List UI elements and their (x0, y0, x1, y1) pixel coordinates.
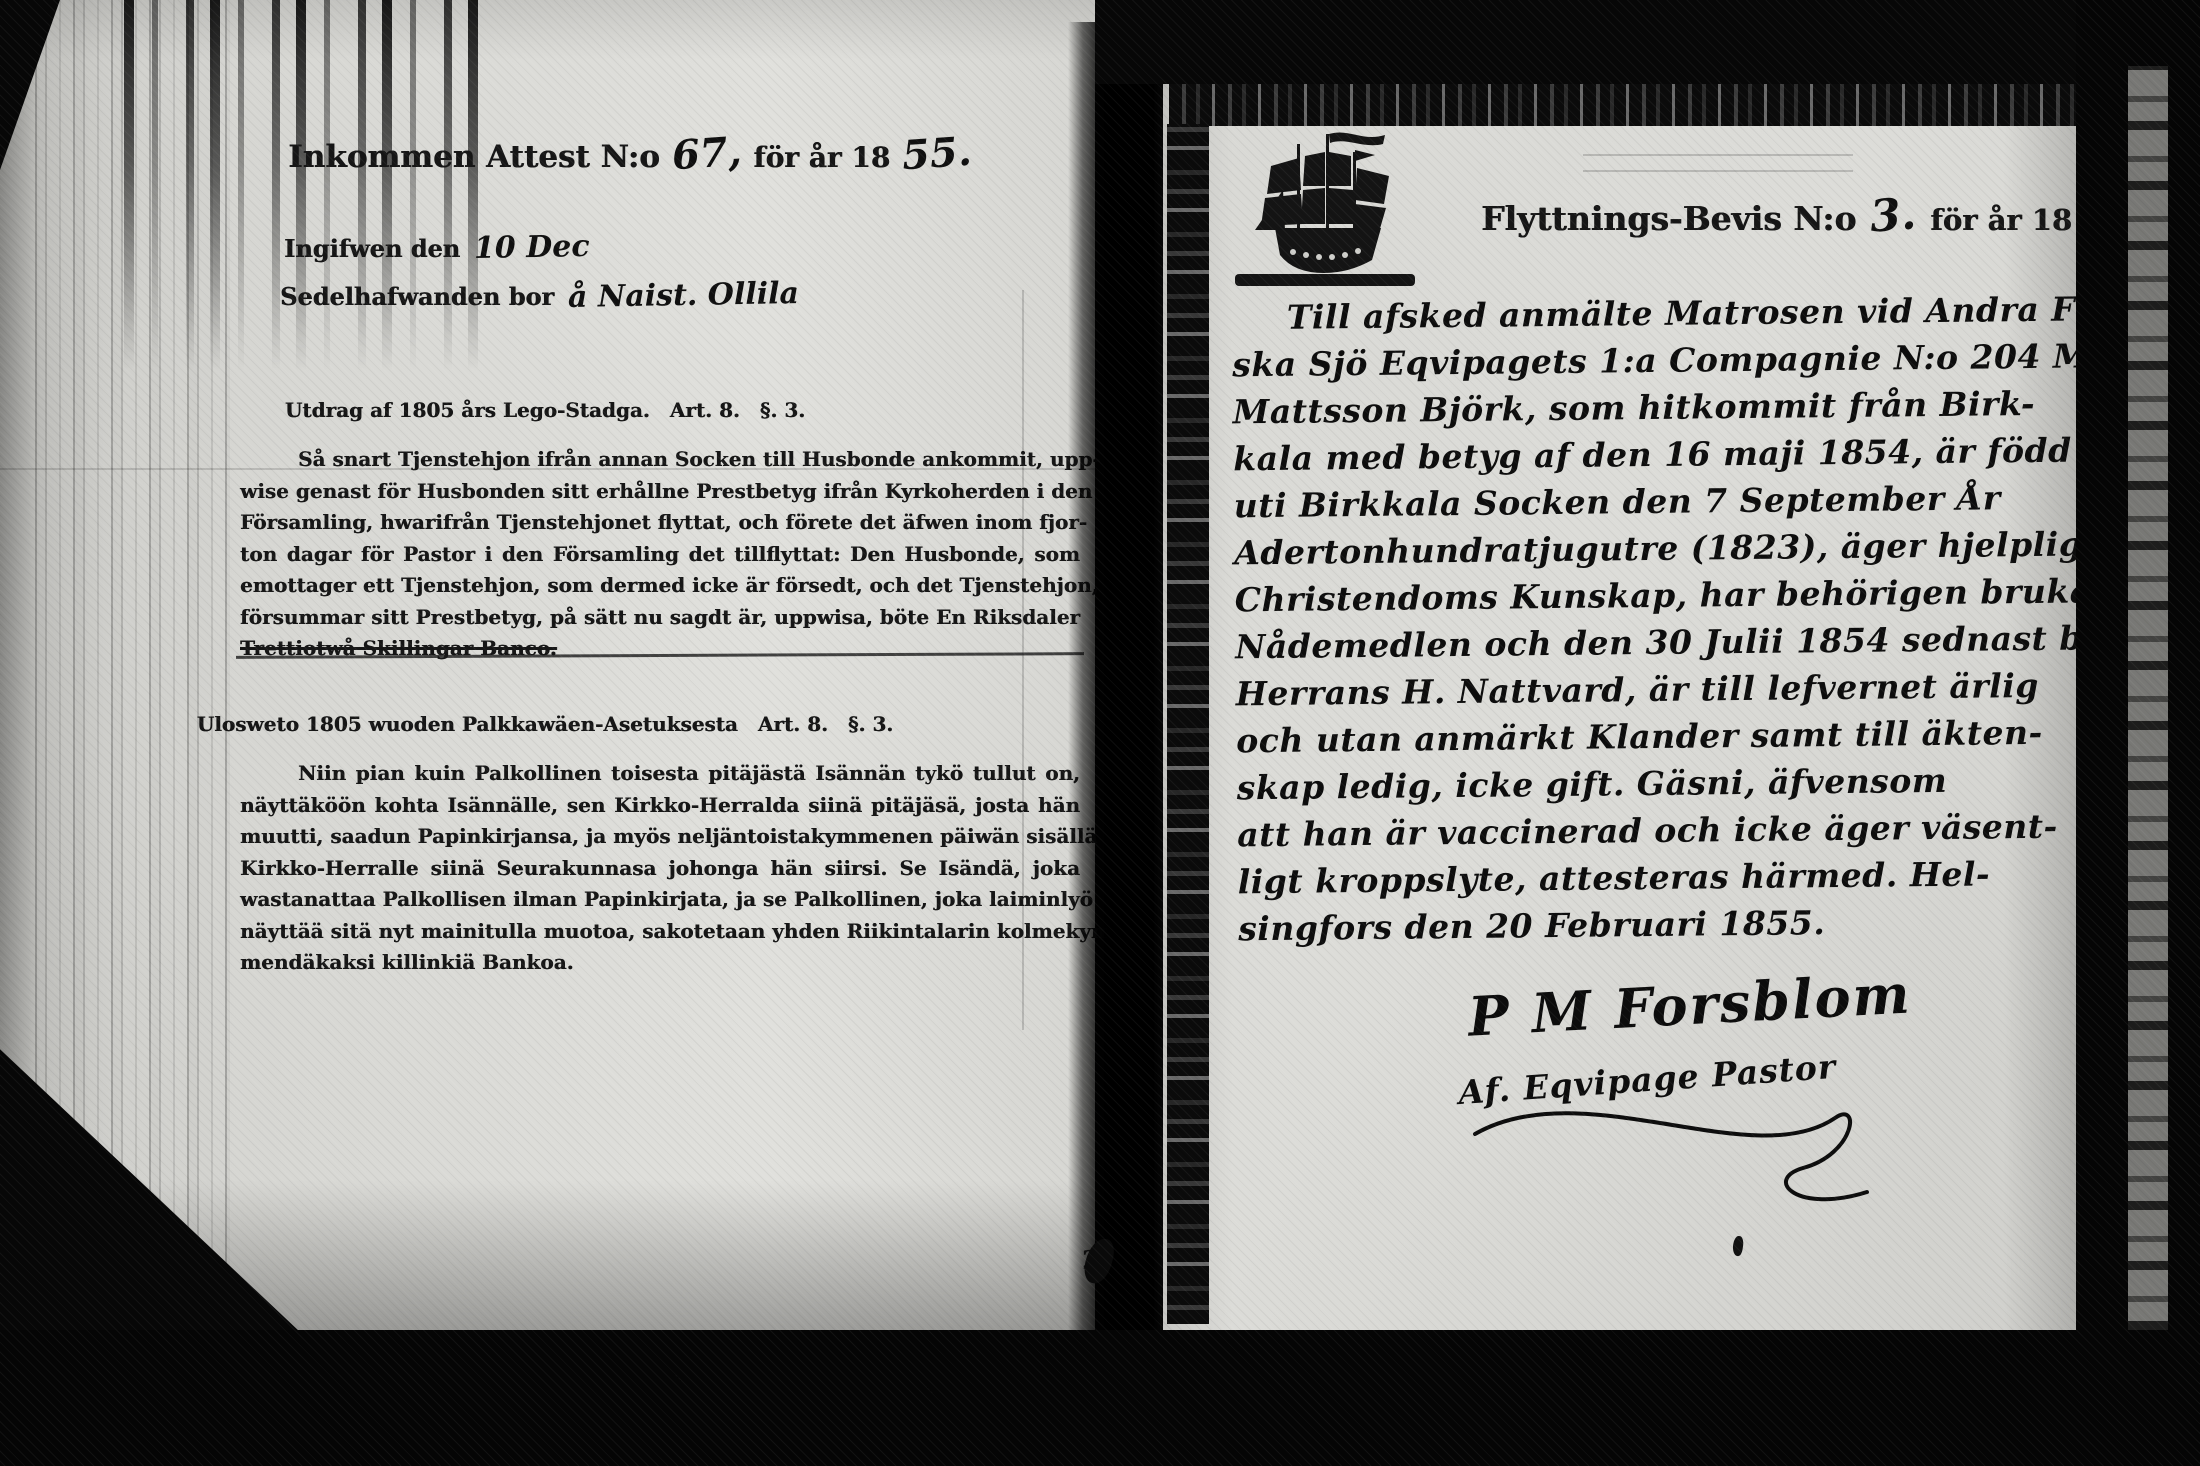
paragraph-line: ton dagar för Pastor i den Församling de… (240, 539, 1080, 571)
handwritten-body: Till afsked anmälte Matrosen vid Andra F… (1232, 286, 2069, 953)
handwritten-line: singfors den 20 Februari 1855. (1238, 897, 2068, 953)
book-gutter (1068, 22, 1168, 1332)
attest-header: Inkommen Attest N:o 67, för år 18 55. (250, 130, 1010, 177)
holder-place-handwritten: å Naist. Ollila (568, 276, 800, 315)
next-page-edge (2128, 66, 2168, 1330)
signature-name: P M Forsblom (1467, 961, 1913, 1048)
holder-label: Sedelhafwanden bor (280, 282, 554, 311)
scan-background-top (1095, 0, 2200, 84)
received-label: Ingifwen den (284, 234, 460, 263)
attest-header-prefix: Inkommen Attest N:o (288, 139, 660, 175)
attest-number-handwritten: 67, (670, 128, 743, 180)
paragraph-line: muutti, saadun Papinkirjansa, ja myös ne… (240, 821, 1080, 853)
left-page: Inkommen Attest N:o 67, för år 18 55. In… (0, 0, 1095, 1332)
paragraph-line: emottager ett Tjenstehjon, som dermed ic… (240, 570, 1080, 602)
pencil-smudge (1583, 146, 1853, 176)
paragraph-line: mendäkaksi killinkiä Bankoa. (240, 947, 1080, 979)
sailing-ship-icon (1229, 128, 1429, 298)
swedish-section-heading: Utdrag af 1805 års Lego-Stadga. Art. 8. … (0, 398, 1090, 422)
archive-book-scan: Inkommen Attest N:o 67, för år 18 55. In… (0, 0, 2200, 1466)
certificate-header: Flyttnings-Bevis N:o 3. för år 18 55: (1481, 190, 2081, 241)
paragraph-line: Niin pian kuin Palkollinen toisesta pitä… (240, 758, 1080, 790)
finnish-section-heading: Ulosweto 1805 wuoden Palkkawäen-Asetukse… (0, 712, 1090, 736)
ink-drips (108, 0, 478, 370)
received-date-handwritten: 10 Dec (474, 229, 590, 266)
received-line: Ingifwen den 10 Dec (284, 230, 590, 265)
paragraph-line: wise genast för Husbonden sitt erhållne … (240, 476, 1080, 508)
swedish-paragraph: Så snart Tjenstehjon ifrån annan Socken … (240, 444, 1080, 665)
paragraph-line: Församling, hwarifrån Tjenstehjonet flyt… (240, 507, 1080, 539)
signature-flourish (1463, 1088, 1893, 1248)
attest-header-mid: för år 18 (753, 141, 890, 174)
certificate-year-label: för år 18 (1930, 203, 2072, 237)
paragraph-line: näyttäköön kohta Isännälle, sen Kirkko-H… (240, 790, 1080, 822)
paragraph-line: wastanattaa Palkollisen ilman Papinkirja… (240, 884, 1080, 916)
paragraph-line: näyttää sitä nyt mainitulla muotoa, sako… (240, 916, 1080, 948)
scan-background-bottom (0, 1330, 2200, 1466)
paragraph-line-struck: Trettiotwå Skillingar Banco. (240, 633, 1080, 665)
finnish-paragraph: Niin pian kuin Palkollinen toisesta pitä… (240, 758, 1080, 979)
certificate-title: Flyttnings-Bevis N:o (1481, 199, 1856, 238)
certificate-number-handwritten: 3. (1869, 188, 1918, 242)
paragraph-line: Kirkko-Herralle siinä Seurakunnasa johon… (240, 853, 1080, 885)
paragraph-line: försummar sitt Prestbetyg, på sätt nu sa… (240, 602, 1080, 634)
paragraph-line: Så snart Tjenstehjon ifrån annan Socken … (240, 444, 1080, 476)
right-page-certificate: Flyttnings-Bevis N:o 3. för år 18 55: Ti… (1163, 58, 2085, 1330)
ornamental-border-top (1169, 82, 2081, 126)
holder-line: Sedelhafwanden bor å Naist. Ollila (280, 278, 799, 313)
attest-year-handwritten: 55. (901, 128, 974, 180)
ornamental-border-left (1167, 124, 1209, 1324)
handwritten-line: ligt kroppslyte, attesteras härmed. Hel- (1237, 850, 2067, 906)
